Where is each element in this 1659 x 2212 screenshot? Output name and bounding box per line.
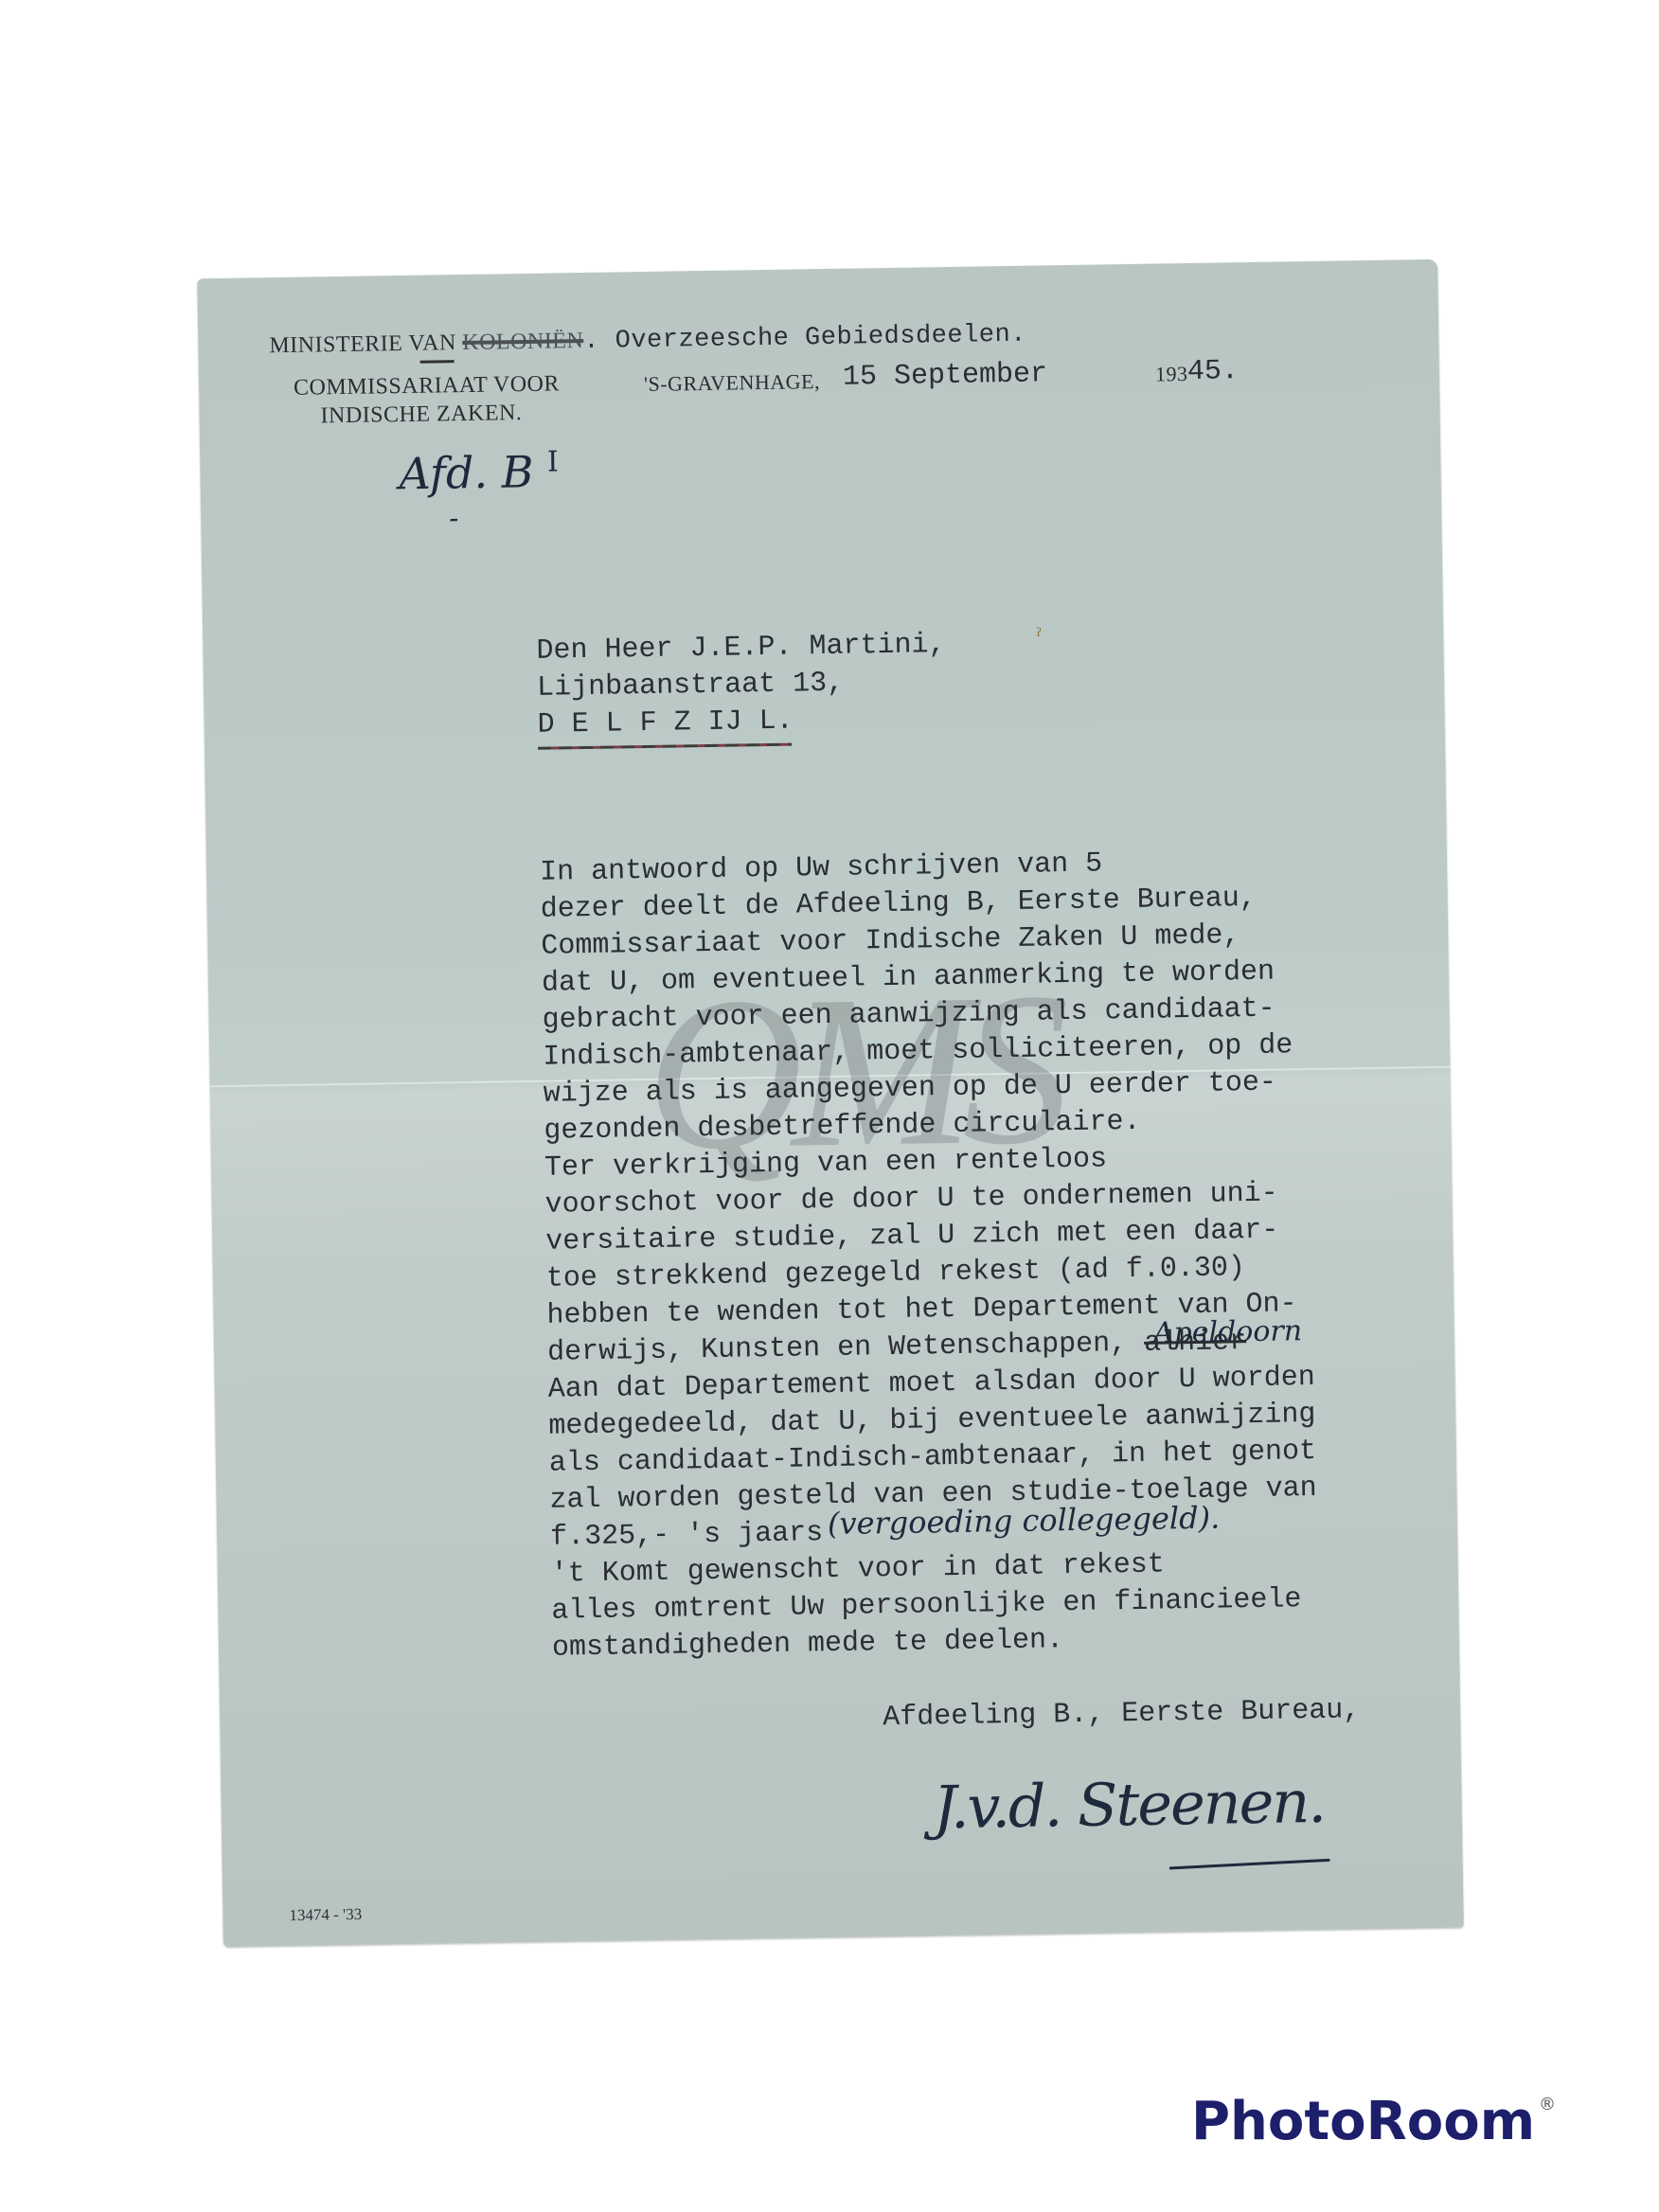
department-line-1: COMMISSARIAAT VOOR bbox=[294, 371, 560, 401]
letterhead-rule bbox=[420, 360, 455, 364]
date-day-month: 15 September bbox=[843, 356, 1048, 396]
body-line-text: derwijs, Kunsten en Wetenschappen, bbox=[547, 1328, 1145, 1369]
registered-mark-icon: ® bbox=[1539, 2095, 1556, 2114]
ministry-prefix: MINISTERIE VAN bbox=[269, 330, 456, 358]
handwritten-afd: Afd. B bbox=[399, 446, 534, 499]
ministry-replacement: . Overzeesche Gebiedsdeelen. bbox=[583, 321, 1026, 356]
photoroom-logo: PhotoRoom® bbox=[1191, 2091, 1556, 2152]
year-typed: 45. bbox=[1187, 353, 1240, 391]
handwritten-insert-apeldoorn: Apeldoorn bbox=[1153, 1314, 1303, 1349]
handwritten-roman: I bbox=[547, 445, 559, 478]
body-line: omstandigheden mede te deelen. bbox=[552, 1622, 1064, 1667]
handwritten-reference: Afd. B I bbox=[399, 445, 559, 499]
photoroom-name: PhotoRoom bbox=[1191, 2091, 1535, 2152]
city-underline bbox=[538, 743, 792, 750]
letter-body: In antwoord op Uw schrijven van 5 dezer … bbox=[197, 259, 1437, 279]
letter-paper: MINISTERIE VAN KOLONIËN. Overzeesche Geb… bbox=[197, 259, 1464, 1947]
signature-underline bbox=[1169, 1859, 1330, 1870]
form-number: 13474 - '33 bbox=[289, 1905, 362, 1925]
department-line-2: INDISCHE ZAKEN. bbox=[320, 401, 522, 429]
place-name: 'S-GRAVENHAGE, bbox=[644, 369, 820, 397]
year-printed: 193 bbox=[1155, 362, 1188, 387]
pencil-mark: ˀ bbox=[1036, 625, 1043, 649]
addressee-name: Den Heer J.E.P. Martini, bbox=[536, 627, 946, 670]
handwritten-dash: - bbox=[449, 502, 459, 535]
addressee-city: D E L F Z IJ L. bbox=[537, 704, 794, 744]
handwritten-insert-collegegeld: (vergoeding collegegeld). bbox=[828, 1500, 1221, 1543]
ministry-struck-word: KOLONIËN bbox=[462, 329, 583, 355]
body-line-text: f.325,- 's jaars bbox=[550, 1517, 824, 1554]
addressee-street: Lijnbaanstraat 13, bbox=[537, 666, 845, 707]
signature: J.v.d. Steenen. bbox=[933, 1767, 1325, 1842]
body-line-with-insert: f.325,- 's jaars bbox=[550, 1515, 824, 1557]
closing-department: Afdeeling B., Eerste Bureau, bbox=[883, 1692, 1361, 1737]
